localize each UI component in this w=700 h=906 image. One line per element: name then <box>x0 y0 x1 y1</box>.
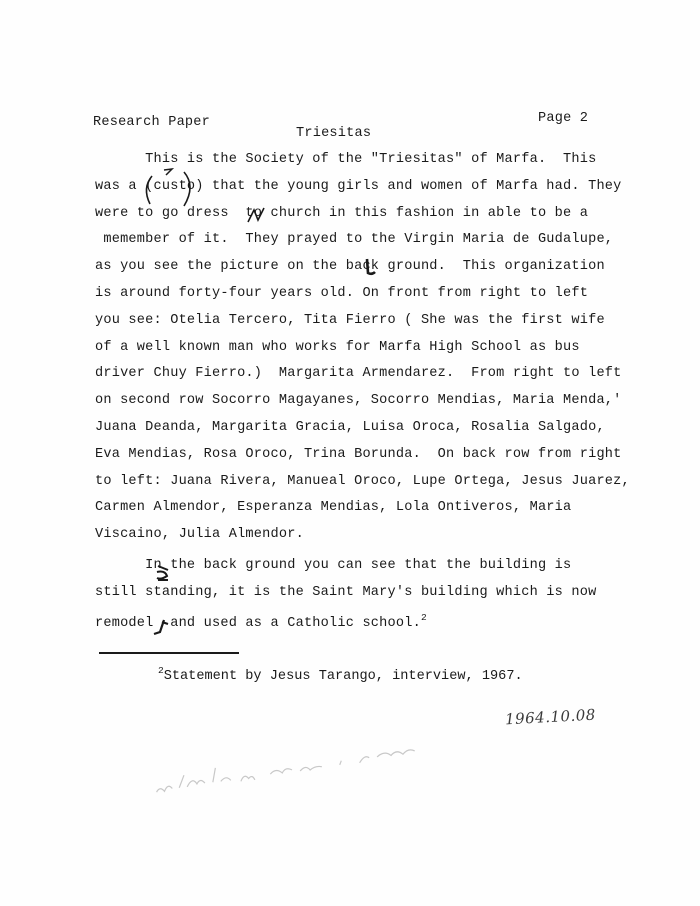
footnote-text: Statement by Jesus Tarango, interview, 1… <box>164 669 523 684</box>
body-line: still standing, it is the Saint Mary's b… <box>95 586 596 600</box>
handwritten-date: 1964.10.08 <box>505 706 597 729</box>
footnote: 2Statement by Jesus Tarango, interview, … <box>158 666 523 684</box>
body-line: were to go dress to church in this fashi… <box>95 207 588 221</box>
body-line: you see: Otelia Tercero, Tita Fierro ( S… <box>95 314 605 328</box>
body-line: Carmen Almendor, Esperanza Mendias, Lola… <box>95 501 571 515</box>
body-line: on second row Socorro Magayanes, Socorro… <box>95 394 622 408</box>
pencil-scribble-icon <box>149 735 471 802</box>
body-line: of a well known man who works for Marfa … <box>95 341 580 355</box>
pencil-note <box>149 735 471 802</box>
body-line: remodel and used as a Catholic school.2 <box>95 613 427 631</box>
body-line: Eva Mendias, Rosa Oroco, Trina Borunda. … <box>95 448 622 462</box>
body-line: as you see the picture on the back groun… <box>95 260 605 274</box>
document-title: Triesitas <box>296 127 371 141</box>
footnote-reference: 2 <box>421 612 427 623</box>
header-page-number: Page 2 <box>538 112 588 126</box>
footnote-divider <box>99 652 239 654</box>
body-line: This is the Society of the "Triesitas" o… <box>95 153 596 167</box>
body-line: Viscaino, Julia Almendor. <box>95 528 304 542</box>
body-line: memember of it. They prayed to the Virgi… <box>95 233 613 247</box>
body-line: is around forty-four years old. On front… <box>95 287 588 301</box>
body-line: to left: Juana Rivera, Manueal Oroco, Lu… <box>95 475 630 489</box>
document-page: Research Paper Page 2 Triesitas This is … <box>0 0 700 906</box>
body-line: In the back ground you can see that the … <box>95 559 571 573</box>
body-line: driver Chuy Fierro.) Margarita Armendare… <box>95 367 622 381</box>
body-line: Juana Deanda, Margarita Gracia, Luisa Or… <box>95 421 605 435</box>
header-research-paper: Research Paper <box>93 116 210 130</box>
body-line: was a (custo) that the young girls and w… <box>95 180 622 194</box>
